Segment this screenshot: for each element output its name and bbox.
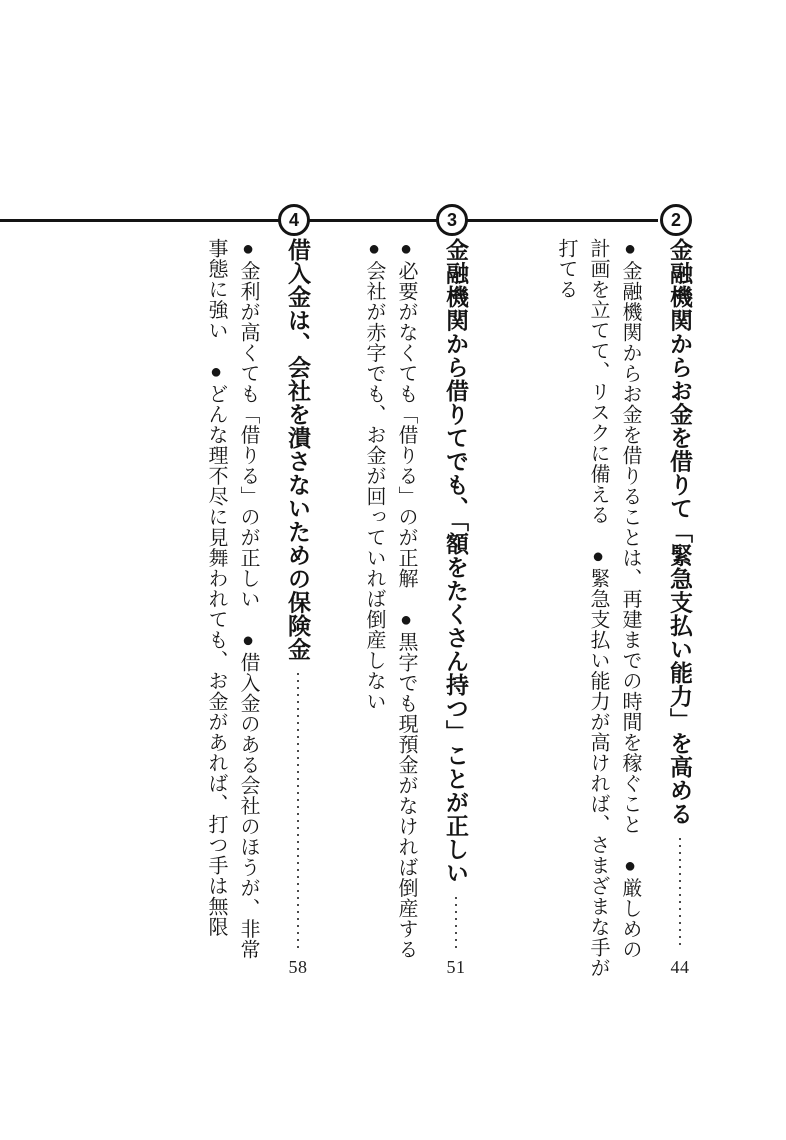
section-divider-line: [0, 219, 658, 222]
section-title-column: 金融機関からお金を借りて「緊急支払い能力」を高める 44: [666, 238, 694, 978]
dotted-leader: [455, 897, 457, 951]
page-number: 58: [289, 958, 308, 978]
section-number-badge: 3: [436, 204, 468, 236]
toc-entry-2: 2 金融機関からお金を借りて「緊急支払い能力」を高める 44 ●金融機関からお金…: [550, 238, 694, 978]
section-title-column: 金融機関から借りてでも、「額をたくさん持つ」ことが正しい 51: [442, 238, 470, 978]
page-number: 44: [671, 958, 690, 978]
section-number: 3: [447, 211, 457, 229]
dotted-leader: [297, 673, 299, 950]
toc-entry-4: 4 借入金は、会社を潰さないための保険金 58 ●金利が高くても「借りる」のが正…: [200, 238, 312, 978]
section-number-badge: 4: [278, 204, 310, 236]
section-summary-bullets: ●金融機関からお金を借りることは、再建までの時間を稼ぐこと ●厳しめの計画を立て…: [550, 238, 646, 978]
dotted-leader: [679, 838, 681, 951]
book-page: 2 金融機関からお金を借りて「緊急支払い能力」を高める 44 ●金融機関からお金…: [0, 0, 786, 1140]
section-summary-bullets: ●必要がなくても「借りる」のが正解 ●黒字でも現預金がなければ倒産する ●会社が…: [358, 238, 422, 978]
toc-entry-3: 3 金融機関から借りてでも、「額をたくさん持つ」ことが正しい 51 ●必要がなく…: [358, 238, 470, 978]
section-summary-bullets: ●金利が高くても「借りる」のが正しい ●借入金のある会社のほうが、非常事態に強い…: [200, 238, 264, 978]
section-title-column: 借入金は、会社を潰さないための保険金 58: [284, 238, 312, 978]
section-number: 2: [671, 211, 681, 229]
section-title: 金融機関から借りてでも、「額をたくさん持つ」ことが正しい: [442, 238, 470, 885]
section-title: 金融機関からお金を借りて「緊急支払い能力」を高める: [666, 238, 694, 826]
section-title: 借入金は、会社を潰さないための保険金: [284, 238, 312, 661]
section-number-badge: 2: [660, 204, 692, 236]
section-number: 4: [289, 211, 299, 229]
page-number: 51: [447, 958, 466, 978]
